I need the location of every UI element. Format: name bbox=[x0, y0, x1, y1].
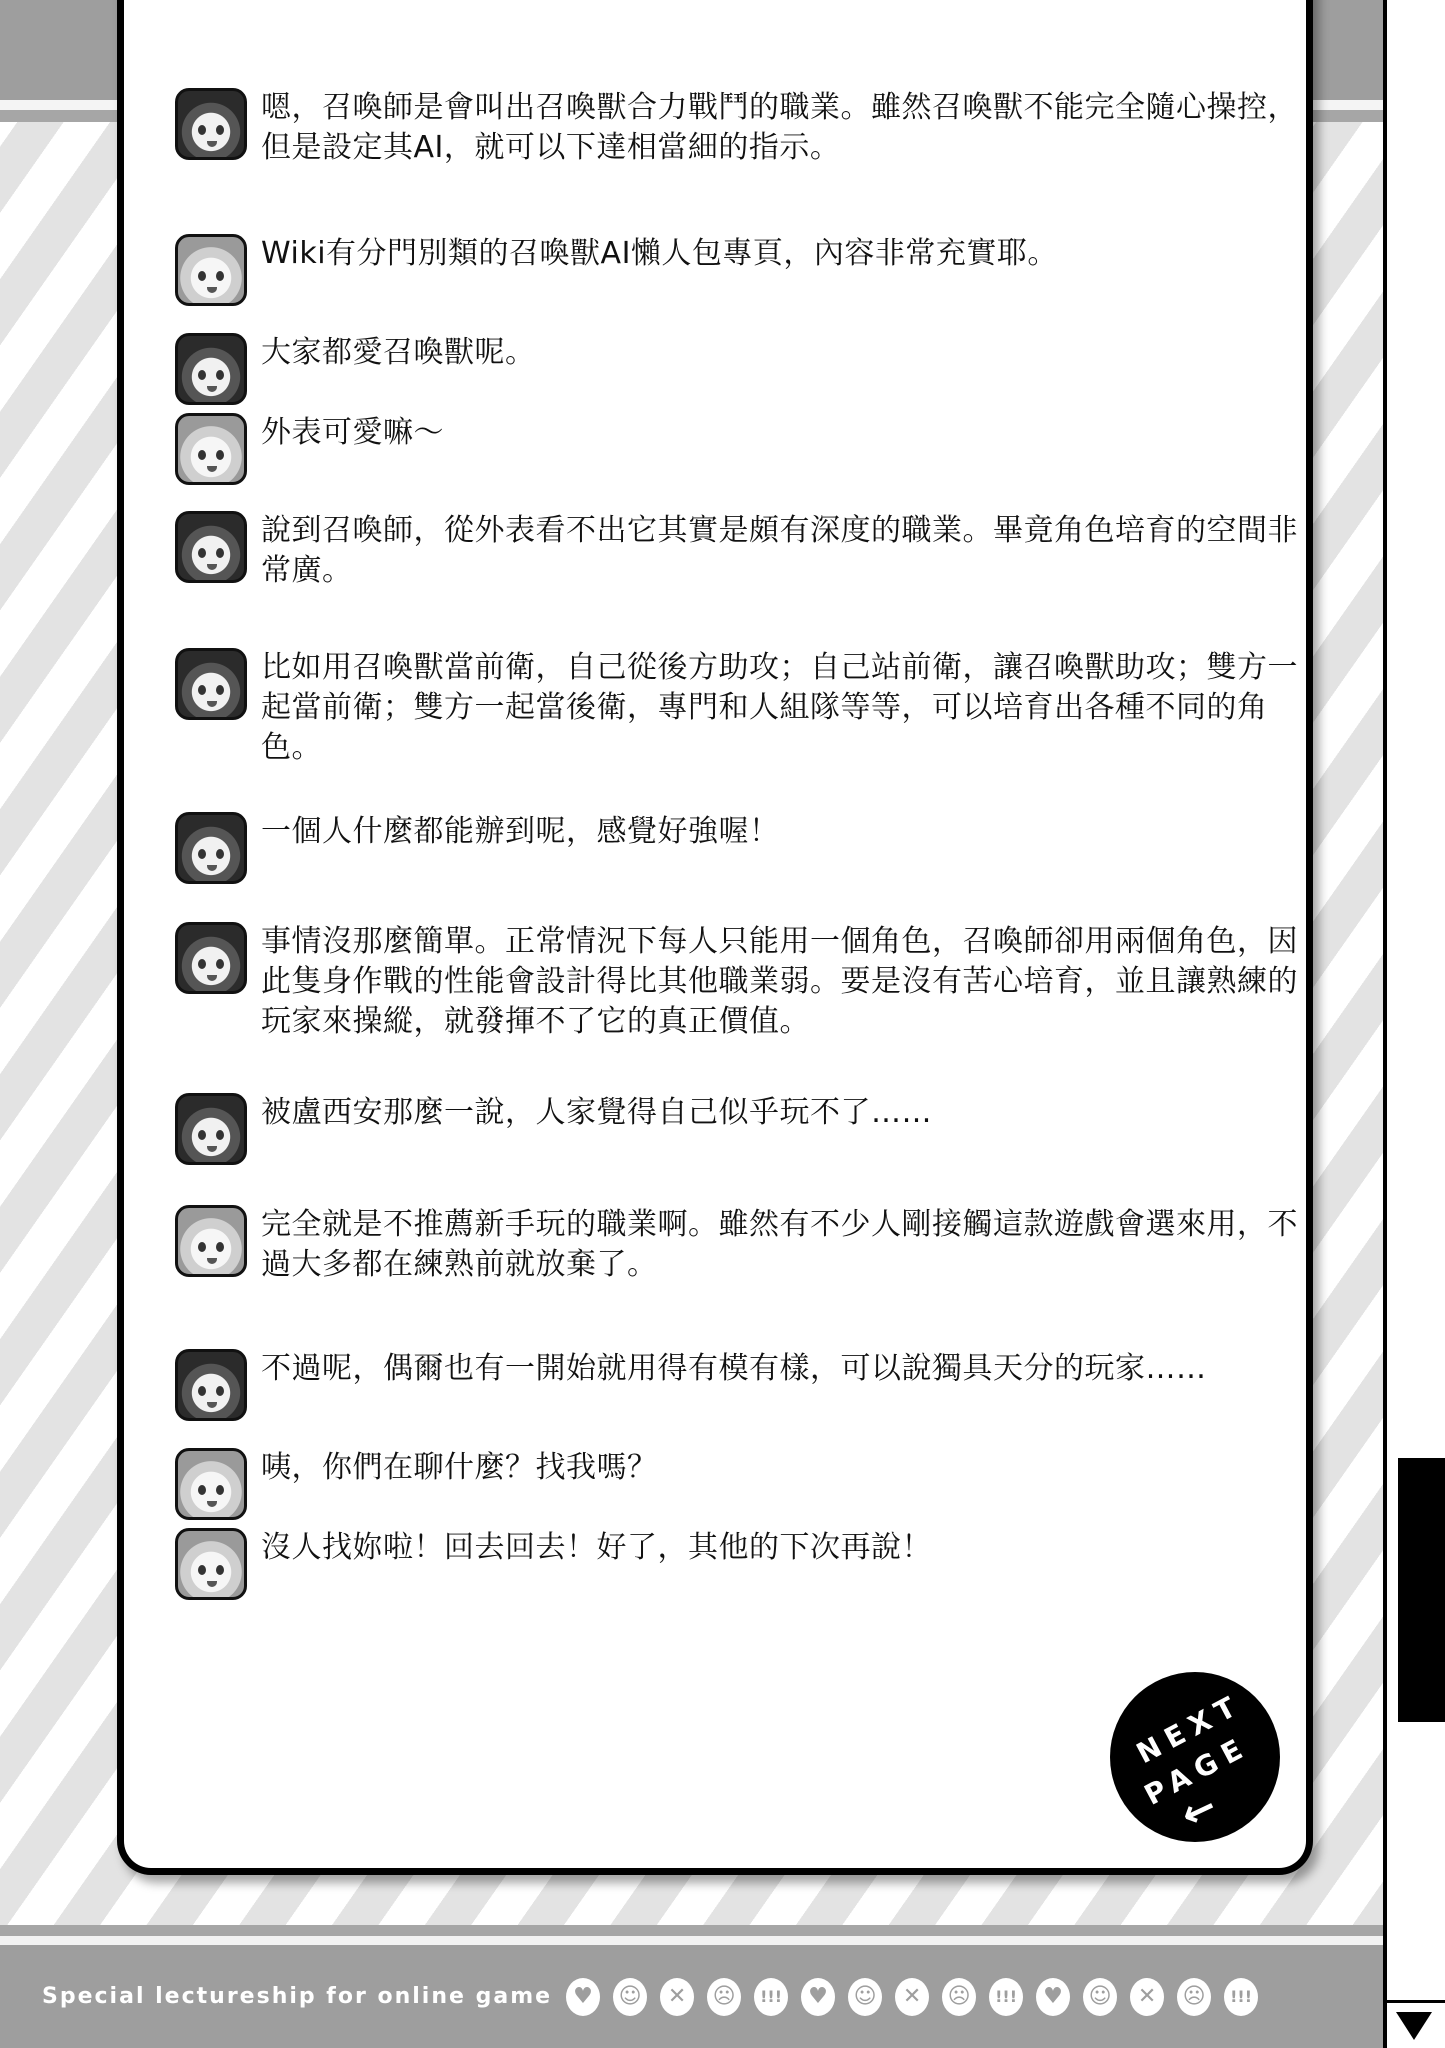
dialogue-text: 嗯，召喚師是會叫出召喚獸合力戰鬥的職業。雖然召喚獸不能完全隨心操控，但是設定其A… bbox=[261, 88, 1321, 168]
frown-icon: ☹ bbox=[707, 1978, 741, 2016]
dialogue-line: 說到召喚師，從外表看不出它其實是頗有深度的職業。畢竟角色培育的空間非常廣。 bbox=[175, 511, 1321, 591]
smiley-icon: ☺ bbox=[848, 1978, 882, 2016]
dialogue-line: 外表可愛嘛～ bbox=[175, 413, 1321, 485]
long-hair-girl-avatar bbox=[175, 511, 247, 583]
x-icon: ✕ bbox=[660, 1978, 694, 2016]
horned-girl-avatar bbox=[175, 234, 247, 306]
horned-girl-avatar bbox=[175, 1528, 247, 1600]
dialogue-line: 大家都愛召喚獸呢。 bbox=[175, 333, 1321, 405]
exclaim-icon: !!! bbox=[1224, 1978, 1258, 2016]
dialogue-line: Wiki有分門別類的召喚獸AI懶人包專頁，內容非常充實耶。 bbox=[175, 234, 1321, 306]
bottom-band-line bbox=[0, 1925, 1385, 1936]
dialogue-text: 一個人什麼都能辦到呢，感覺好強喔！ bbox=[261, 812, 1321, 852]
dialogue-text: 咦，你們在聊什麼？找我嗎？ bbox=[261, 1448, 1321, 1488]
smiley-icon: ☺ bbox=[1083, 1978, 1117, 2016]
heart-icon: ♥ bbox=[801, 1978, 835, 2016]
dialogue-text: 不過呢，偶爾也有一開始就用得有模有樣，可以說獨具天分的玩家…… bbox=[261, 1349, 1321, 1389]
x-icon: ✕ bbox=[895, 1978, 929, 2016]
dialogue-text: 說到召喚師，從外表看不出它其實是頗有深度的職業。畢竟角色培育的空間非常廣。 bbox=[261, 511, 1321, 591]
twin-tail-girl-avatar bbox=[175, 812, 247, 884]
dialogue-line: 沒人找妳啦！回去回去！好了，其他的下次再說！ bbox=[175, 1528, 1321, 1600]
chapter-thumb-tab bbox=[1398, 1458, 1445, 1722]
dialogue-text: 外表可愛嘛～ bbox=[261, 413, 1321, 453]
dialogue-text: Wiki有分門別類的召喚獸AI懶人包專頁，內容非常充實耶。 bbox=[261, 234, 1321, 274]
dialogue-text: 比如用召喚獸當前衛，自己從後方助攻；自己站前衛，讓召喚獸助攻；雙方一起當前衛；雙… bbox=[261, 648, 1321, 768]
dialogue-text: 事情沒那麼簡單。正常情況下每人只能用一個角色，召喚師卻用兩個角色，因此隻身作戰的… bbox=[261, 922, 1321, 1042]
footer-band: Special lectureship for online game ♥☺✕☹… bbox=[0, 1945, 1385, 2048]
twin-tail-girl-avatar bbox=[175, 333, 247, 405]
short-hair-girl-avatar bbox=[175, 1448, 247, 1520]
dialogue-line: 嗯，召喚師是會叫出召喚獸合力戰鬥的職業。雖然召喚獸不能完全隨心操控，但是設定其A… bbox=[175, 88, 1321, 168]
heart-icon: ♥ bbox=[1036, 1978, 1070, 2016]
long-hair-girl-avatar bbox=[175, 1349, 247, 1421]
exclaim-icon: !!! bbox=[754, 1978, 788, 2016]
dialogue-line: 咦，你們在聊什麼？找我嗎？ bbox=[175, 1448, 1321, 1520]
dialogue-line: 不過呢，偶爾也有一開始就用得有模有樣，可以說獨具天分的玩家…… bbox=[175, 1349, 1321, 1421]
exclaim-icon: !!! bbox=[989, 1978, 1023, 2016]
smiley-icon: ☺ bbox=[613, 1978, 647, 2016]
boy-avatar bbox=[175, 922, 247, 994]
long-hair-girl-avatar bbox=[175, 88, 247, 160]
dialogue-line: 比如用召喚獸當前衛，自己從後方助攻；自己站前衛，讓召喚獸助攻；雙方一起當前衛；雙… bbox=[175, 648, 1321, 768]
corner-divider bbox=[1387, 2000, 1445, 2003]
dialogue-line: 事情沒那麼簡單。正常情況下每人只能用一個角色，召喚師卻用兩個角色，因此隻身作戰的… bbox=[175, 922, 1321, 1042]
dialogue-text: 被盧西安那麼一說，人家覺得自己似乎玩不了…… bbox=[261, 1093, 1321, 1133]
footer-icon-row: ♥☺✕☹!!!♥☺✕☹!!!♥☺✕☹!!! bbox=[566, 1978, 1258, 2016]
dialogue-line: 被盧西安那麼一說，人家覺得自己似乎玩不了…… bbox=[175, 1093, 1321, 1165]
footer-title: Special lectureship for online game bbox=[42, 1984, 552, 2009]
dialogue-text: 沒人找妳啦！回去回去！好了，其他的下次再說！ bbox=[261, 1528, 1321, 1568]
bottom-band-divider bbox=[0, 1936, 1385, 1945]
twin-tail-girl-avatar bbox=[175, 1093, 247, 1165]
x-icon: ✕ bbox=[1130, 1978, 1164, 2016]
down-triangle-icon bbox=[1396, 2012, 1432, 2040]
frown-icon: ☹ bbox=[1177, 1978, 1211, 2016]
boy-avatar bbox=[175, 648, 247, 720]
dialogue-text: 大家都愛召喚獸呢。 bbox=[261, 333, 1321, 373]
horned-girl-avatar bbox=[175, 1205, 247, 1277]
right-margin bbox=[1387, 0, 1445, 2048]
heart-icon: ♥ bbox=[566, 1978, 600, 2016]
dialogue-line: 一個人什麼都能辦到呢，感覺好強喔！ bbox=[175, 812, 1321, 884]
frown-icon: ☹ bbox=[942, 1978, 976, 2016]
dialogue-line: 完全就是不推薦新手玩的職業啊。雖然有不少人剛接觸這款遊戲會選來用，不過大多都在練… bbox=[175, 1205, 1321, 1285]
horned-girl-avatar bbox=[175, 413, 247, 485]
next-page-button[interactable]: NEXT PAGE ← bbox=[1110, 1672, 1280, 1842]
dialogue-text: 完全就是不推薦新手玩的職業啊。雖然有不少人剛接觸這款遊戲會選來用，不過大多都在練… bbox=[261, 1205, 1321, 1285]
